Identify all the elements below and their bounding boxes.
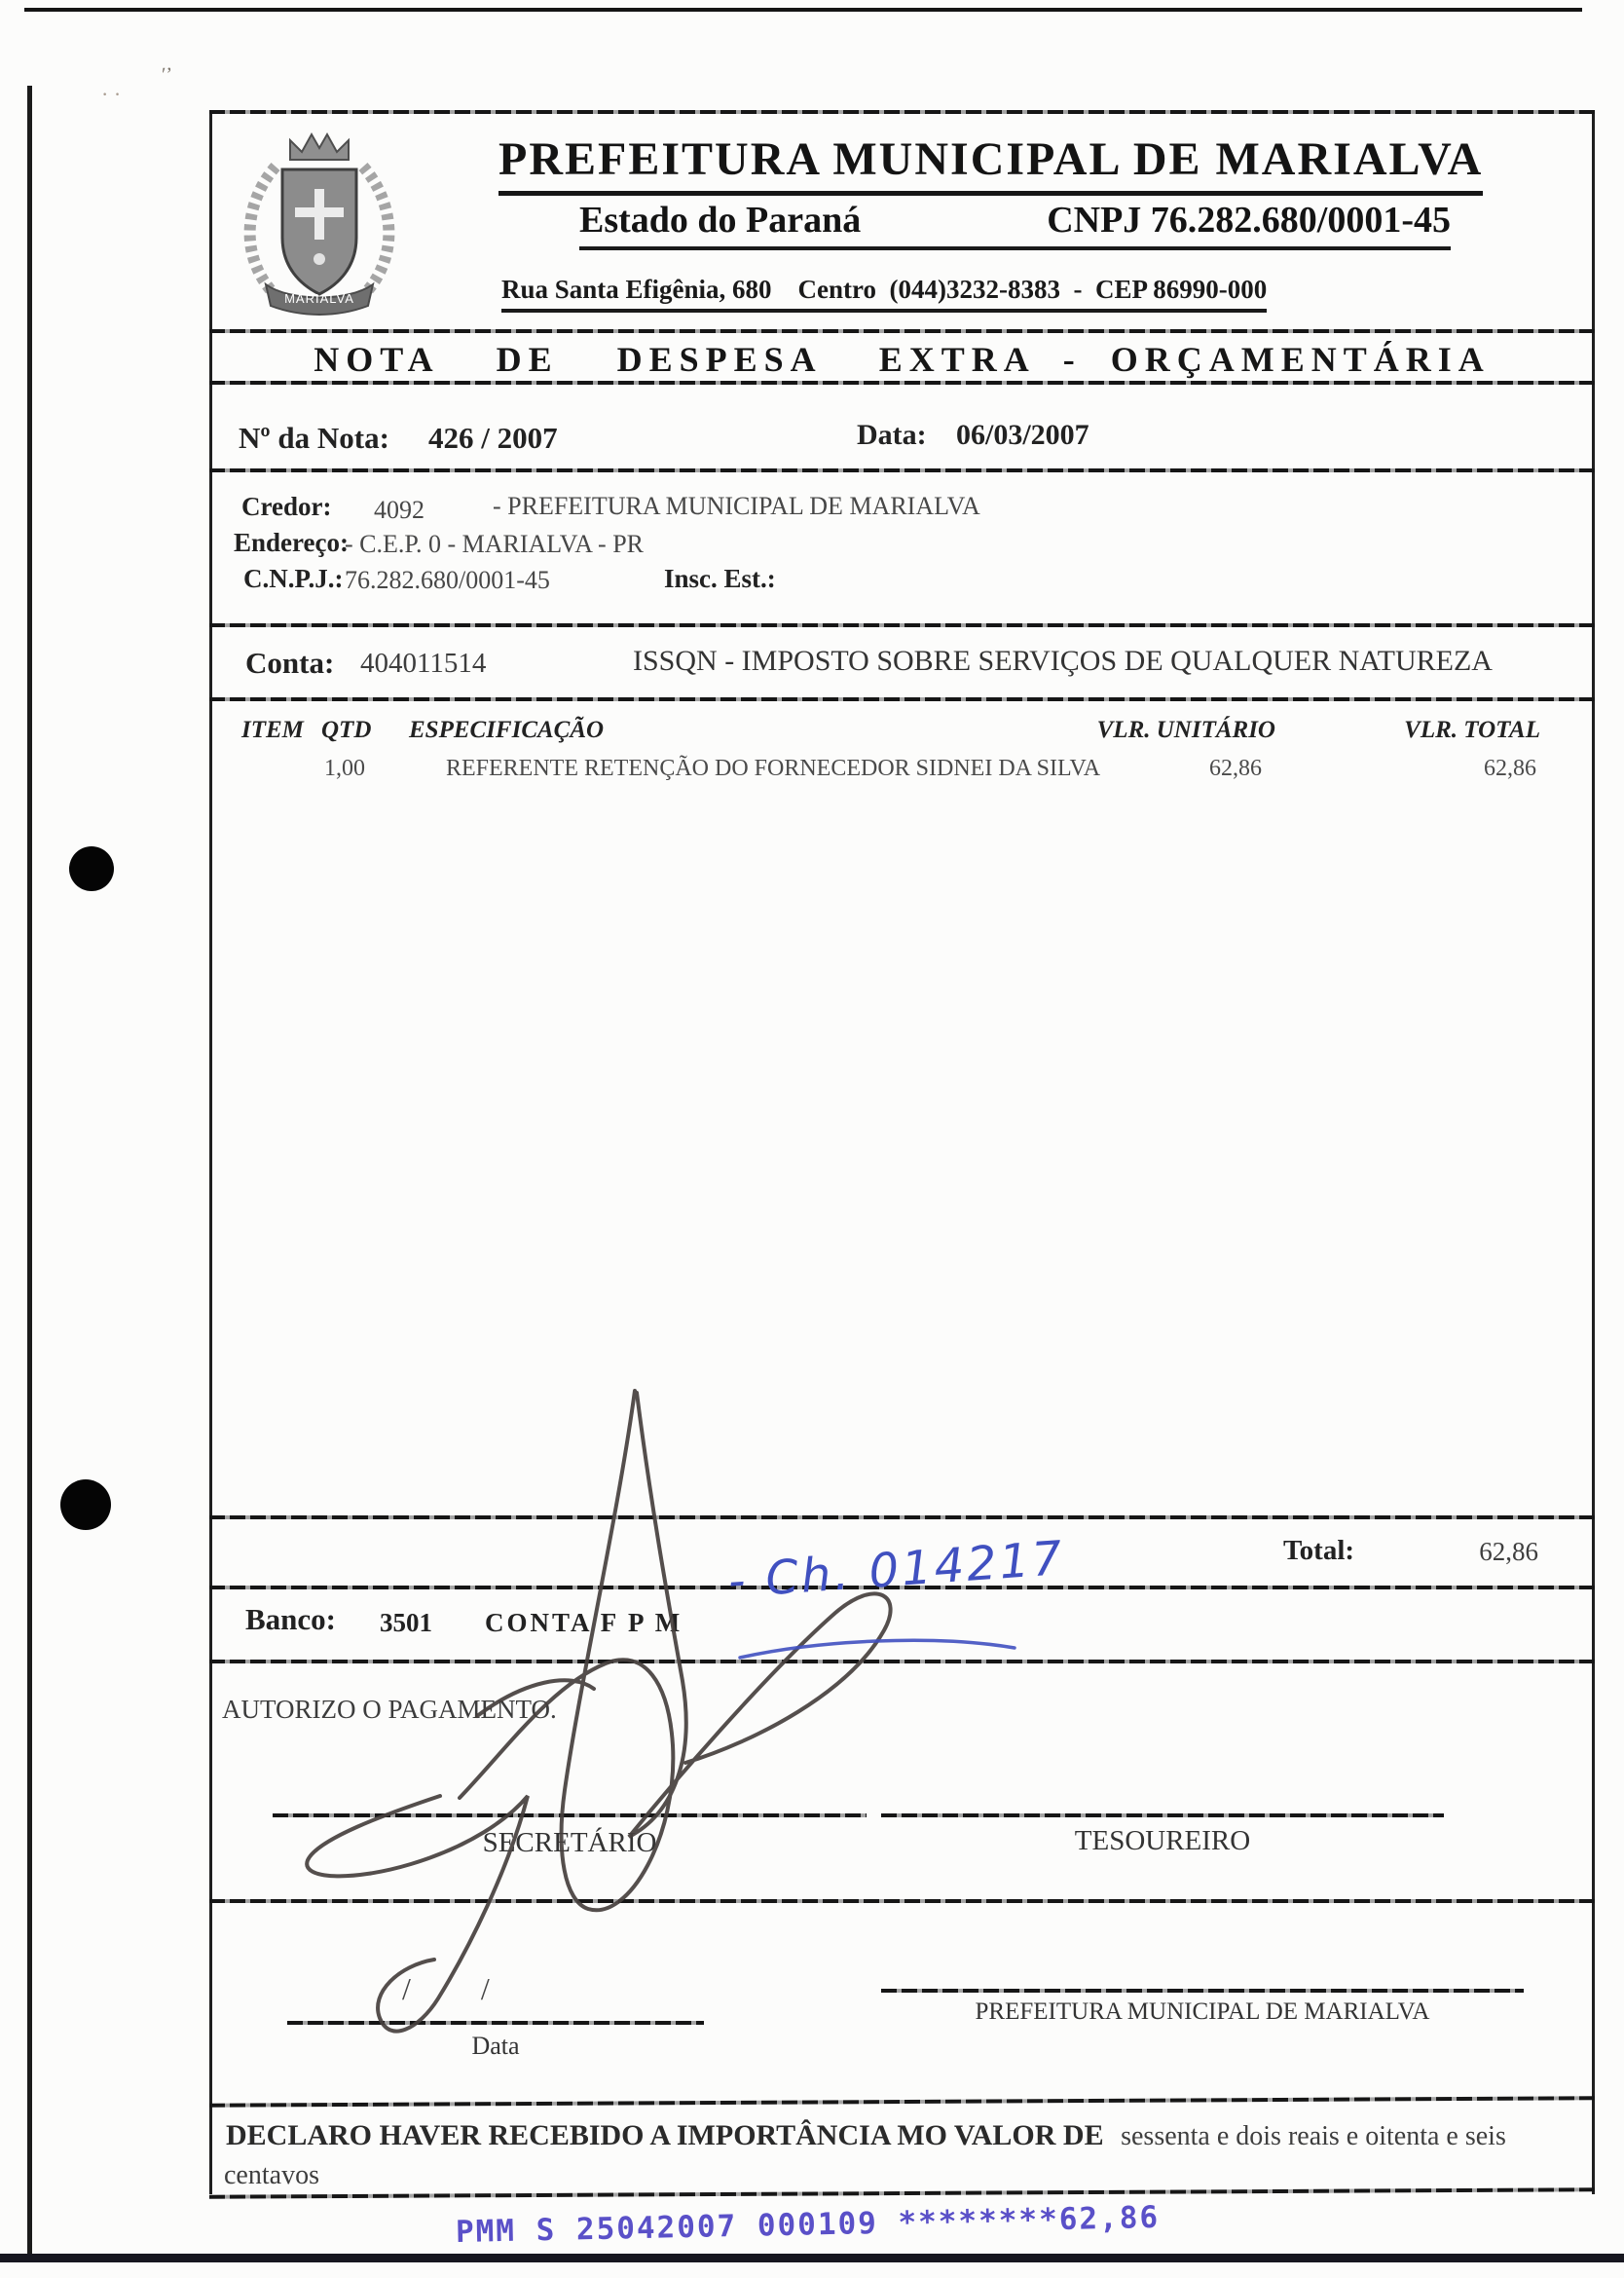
- account-number: 404011514: [360, 648, 486, 680]
- note-number-label: Nº da Nota:: [239, 421, 389, 456]
- creditor-bottom-rule: [209, 623, 1595, 627]
- address-label: Endereço:: [234, 528, 349, 558]
- note-date-value: 06/03/2007: [956, 419, 1089, 452]
- municipality-coat-of-arms-logo: MARIALVA: [222, 123, 417, 317]
- logo-banner-text: MARIALVA: [284, 291, 354, 306]
- date-label: Data: [287, 2032, 704, 2061]
- total-label: Total:: [1283, 1535, 1354, 1567]
- note-number-value: 426 / 2007: [428, 421, 558, 456]
- date-line: [287, 2021, 704, 2025]
- col-header-qtd: QTD: [321, 717, 371, 744]
- bank-account-name: CONTA F P M: [485, 1608, 683, 1638]
- cnpj-value: 76.282.680/0001-45: [345, 566, 550, 595]
- scan-bottom-edge-line: [0, 2254, 1624, 2262]
- item-row-vlr-unitario: 62,86: [1209, 756, 1262, 782]
- signature-line-treasurer: [881, 1813, 1444, 1817]
- col-header-especificacao: ESPECIFICAÇÃO: [409, 717, 604, 744]
- bank-bottom-rule: [209, 1660, 1595, 1663]
- account-label: Conta:: [245, 646, 334, 681]
- document-title: NOTA DE DESPESA EXTRA - ORÇAMENTÁRIA: [209, 339, 1595, 380]
- item-row-especificacao: REFERENTE RETENÇÃO DO FORNECEDOR SIDNEI …: [446, 756, 1100, 782]
- form-border-top: [209, 110, 1595, 114]
- pencil-mark: · ·: [101, 82, 121, 107]
- note-row-bottom-rule: [209, 468, 1595, 472]
- declaration-line1-bold: DECLARO HAVER RECEBIDO A IMPORTÂNCIA MO …: [226, 2119, 1104, 2151]
- note-date-label: Data:: [857, 419, 927, 452]
- col-header-vlr-total: VLR. TOTAL: [1404, 717, 1540, 744]
- creditor-code: 4092: [374, 496, 424, 525]
- secretary-label: SECRETÁRIO: [273, 1827, 867, 1859]
- item-row-qtd: 1,00: [324, 756, 365, 782]
- punch-hole: [60, 1479, 111, 1530]
- org-signature-line: [881, 1989, 1524, 1993]
- state-label: Estado do Paraná: [579, 199, 861, 242]
- bank-label: Banco:: [245, 1602, 336, 1637]
- item-row-vlr-total: 62,86: [1484, 756, 1536, 782]
- bank-code: 3501: [380, 1608, 432, 1638]
- date-slashes: / /: [402, 1971, 490, 2007]
- signature-line-secretary: [273, 1813, 867, 1817]
- declaration-line1: DECLARO HAVER RECEBIDO A IMPORTÂNCIA MO …: [226, 2119, 1506, 2152]
- org-name-title: PREFEITURA MUNICIPAL DE MARIALVA: [498, 132, 1483, 196]
- section-divider-rule: [209, 1899, 1595, 1903]
- declaration-top-rule: [209, 2096, 1595, 2107]
- declaration-amount-words: sessenta e dois reais e oitenta e seis: [1121, 2121, 1506, 2151]
- col-header-vlr-unitario: VLR. UNITÁRIO: [1097, 717, 1275, 744]
- account-description: ISSQN - IMPOSTO SOBRE SERVIÇOS DE QUALQU…: [633, 645, 1493, 678]
- creditor-label: Credor:: [241, 492, 331, 522]
- scan-left-edge-bar: [27, 86, 32, 2256]
- creditor-name: - PREFEITURA MUNICIPAL DE MARIALVA: [493, 492, 980, 521]
- dot-matrix-stamp: PMM S 25042007 000109 ********62,86: [456, 2200, 1161, 2250]
- scan-top-edge-line: [24, 8, 1582, 12]
- form-border-left: [209, 110, 212, 2194]
- org-cnpj-label: CNPJ 76.282.680/0001-45: [1047, 199, 1451, 242]
- cnpj-label: C.N.P.J.:: [243, 564, 344, 594]
- authorize-payment-text: AUTORIZO O PAGAMENTO.: [222, 1695, 557, 1725]
- punch-hole: [69, 846, 114, 891]
- title-band-bottom-rule: [209, 381, 1595, 385]
- address-value: - C.E.P. 0 - MARIALVA - PR: [345, 530, 644, 559]
- state-registration-label: Insc. Est.:: [664, 564, 776, 594]
- header-bottom-rule: [209, 329, 1595, 333]
- state-cnpj-row: Estado do Paraná CNPJ 76.282.680/0001-45: [579, 199, 1451, 250]
- total-value: 62,86: [1479, 1537, 1538, 1567]
- scanned-expense-note-page: · · ʹʼ MARIALVA PREFEITURA MUNICIPAL DE …: [0, 0, 1624, 2278]
- total-top-rule: [209, 1515, 1595, 1519]
- declaration-line2: centavos: [224, 2160, 319, 2191]
- handwritten-check-note: - Ch. 014217: [726, 1531, 1066, 1609]
- org-signature-label: PREFEITURA MUNICIPAL DE MARIALVA: [881, 1998, 1524, 2026]
- declaration-bottom-rule: [209, 2187, 1595, 2198]
- treasurer-label: TESOUREIRO: [881, 1825, 1444, 1857]
- pencil-mark: ʹʼ: [162, 64, 172, 87]
- form-border-right: [1592, 110, 1595, 2194]
- org-address-line: Rua Santa Efigênia, 680 Centro (044)3232…: [501, 275, 1267, 313]
- col-header-item: ITEM: [241, 717, 304, 744]
- account-bottom-rule: [209, 697, 1595, 701]
- handwritten-underline-flourish: [740, 1640, 1015, 1658]
